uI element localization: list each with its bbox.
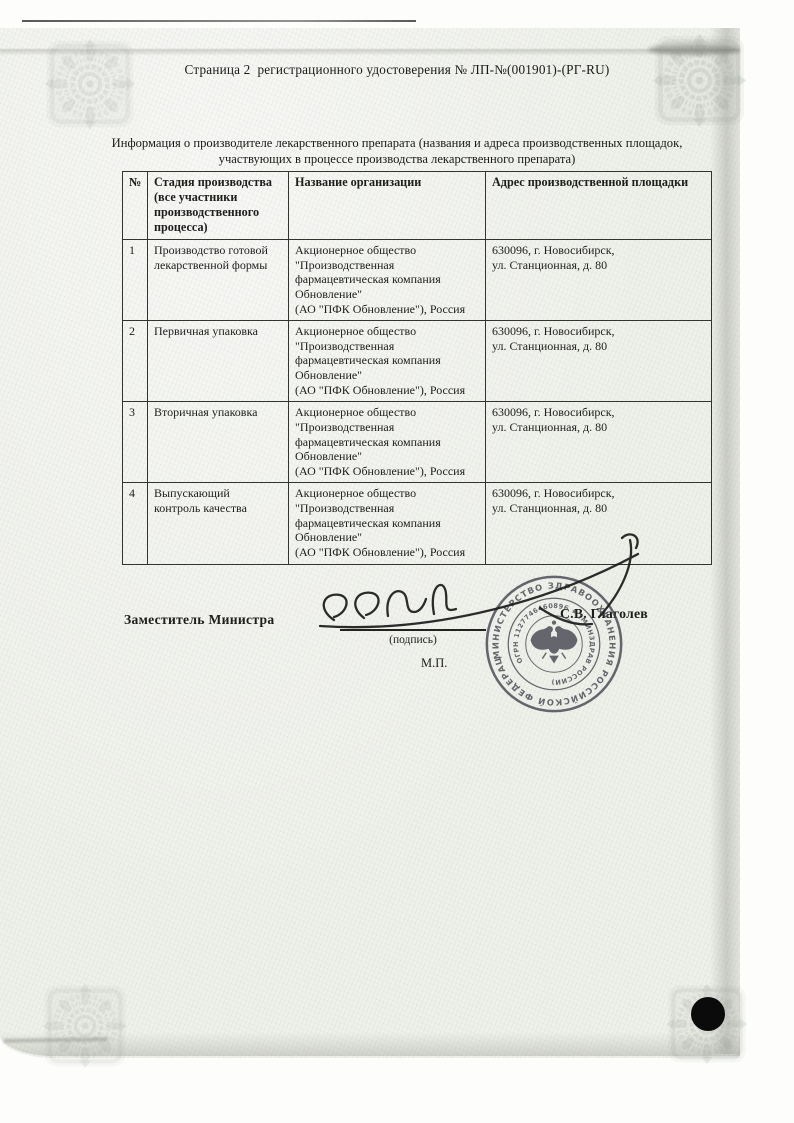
cell-stage: Вторичная упаковка xyxy=(148,402,289,483)
cell-number: 4 xyxy=(123,483,148,564)
cell-stage: Первичная упаковка xyxy=(148,321,289,402)
cell-organization: Акционерное общество "Производственная ф… xyxy=(289,240,486,321)
manufacturing-sites-table: № Стадия производства (все участники про… xyxy=(122,171,712,565)
col-header-number: № xyxy=(123,172,148,240)
cell-stage: Производство готовой лекарственной формы xyxy=(148,240,289,321)
seal-place-label: М.П. xyxy=(421,656,447,671)
hole-punch-dot xyxy=(691,997,725,1031)
cell-address: 630096, г. Новосибирск, ул. Станционная,… xyxy=(486,402,712,483)
intro-line-2: участвующих в процессе производства лека… xyxy=(20,151,774,167)
cell-number: 3 xyxy=(123,402,148,483)
page-title: Страница 2 регистрационного удостоверени… xyxy=(20,62,774,78)
signer-role-label: Заместитель Министра xyxy=(124,612,274,628)
page-edge-shadow-bottom xyxy=(0,1032,740,1056)
cell-organization: Акционерное общество "Производственная ф… xyxy=(289,402,486,483)
handwritten-signature xyxy=(300,528,660,648)
cell-address: 630096, г. Новосибирск, ул. Станционная,… xyxy=(486,240,712,321)
cell-number: 1 xyxy=(123,240,148,321)
table-row: 2 Первичная упаковка Акционерное обществ… xyxy=(123,321,712,402)
page-edge-shadow-top xyxy=(0,49,740,55)
col-header-organization: Название организации xyxy=(289,172,486,240)
table-row: 3 Вторичная упаковка Акционерное обществ… xyxy=(123,402,712,483)
table-row: 1 Производство готовой лекарственной фор… xyxy=(123,240,712,321)
cell-organization: Акционерное общество "Производственная ф… xyxy=(289,321,486,402)
scan-smudge-artifact xyxy=(648,44,740,55)
col-header-address: Адрес производственной площадки xyxy=(486,172,712,240)
cell-stage: Выпускающий контроль качества xyxy=(148,483,289,564)
scan-line-artifact xyxy=(22,20,416,22)
col-header-stage: Стадия производства (все участники произ… xyxy=(148,172,289,240)
cell-number: 2 xyxy=(123,321,148,402)
intro-text: Информация о производителе лекарственног… xyxy=(20,135,774,168)
scanned-certificate-page: Страница 2 регистрационного удостоверени… xyxy=(0,0,794,1123)
page-edge-shadow-right xyxy=(710,28,740,1054)
intro-line-1: Информация о производителе лекарственног… xyxy=(20,135,774,151)
table-header-row: № Стадия производства (все участники про… xyxy=(123,172,712,240)
cell-address: 630096, г. Новосибирск, ул. Станционная,… xyxy=(486,321,712,402)
